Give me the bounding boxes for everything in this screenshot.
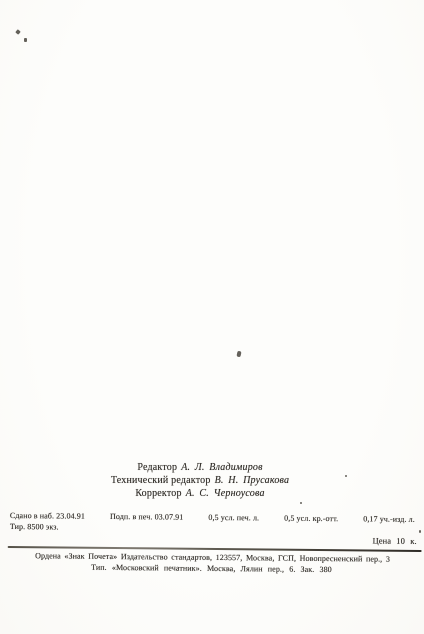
colophon-block: Сдано в наб. 23.04.91 Подп. в печ. 03.07… <box>0 511 424 575</box>
tirage-segment: 0,17 уч.-изд. л. <box>363 514 415 523</box>
scan-speck <box>24 38 27 42</box>
scan-speck <box>300 502 302 504</box>
editor-line: Технический редакторВ. Н. Прусакова <box>0 474 400 487</box>
editors-block: РедакторА. Л. Владимиров Технический ред… <box>0 461 400 500</box>
editor-role: Корректор <box>135 488 181 499</box>
editor-name: А. С. Черноусова <box>186 488 265 499</box>
editor-role: Редактор <box>137 462 177 473</box>
scan-speck <box>15 29 21 35</box>
editor-name: А. Л. Владимиров <box>181 462 262 473</box>
editor-name: В. Н. Прусакова <box>215 475 290 486</box>
tirage-segment: 0,5 усл. печ. л. <box>208 513 259 522</box>
scanned-book-page: РедакторА. Л. Владимиров Технический ред… <box>0 0 424 634</box>
price-line: Цена 10 к. <box>0 533 417 546</box>
printer-line: Тип. «Московский печатник». Москва, Ляли… <box>0 562 423 575</box>
tirage-segment: Сдано в наб. 23.04.91 <box>10 511 85 521</box>
tirage-segment: Подп. в печ. 03.07.91 <box>110 512 184 522</box>
editor-line: КорректорА. С. Черноусова <box>0 487 400 500</box>
editor-line: РедакторА. Л. Владимиров <box>0 461 400 474</box>
tirage-segment: 0,5 усл. кр.-отт. <box>284 514 338 524</box>
editor-role: Технический редактор <box>111 475 211 486</box>
scan-speck <box>236 351 241 358</box>
